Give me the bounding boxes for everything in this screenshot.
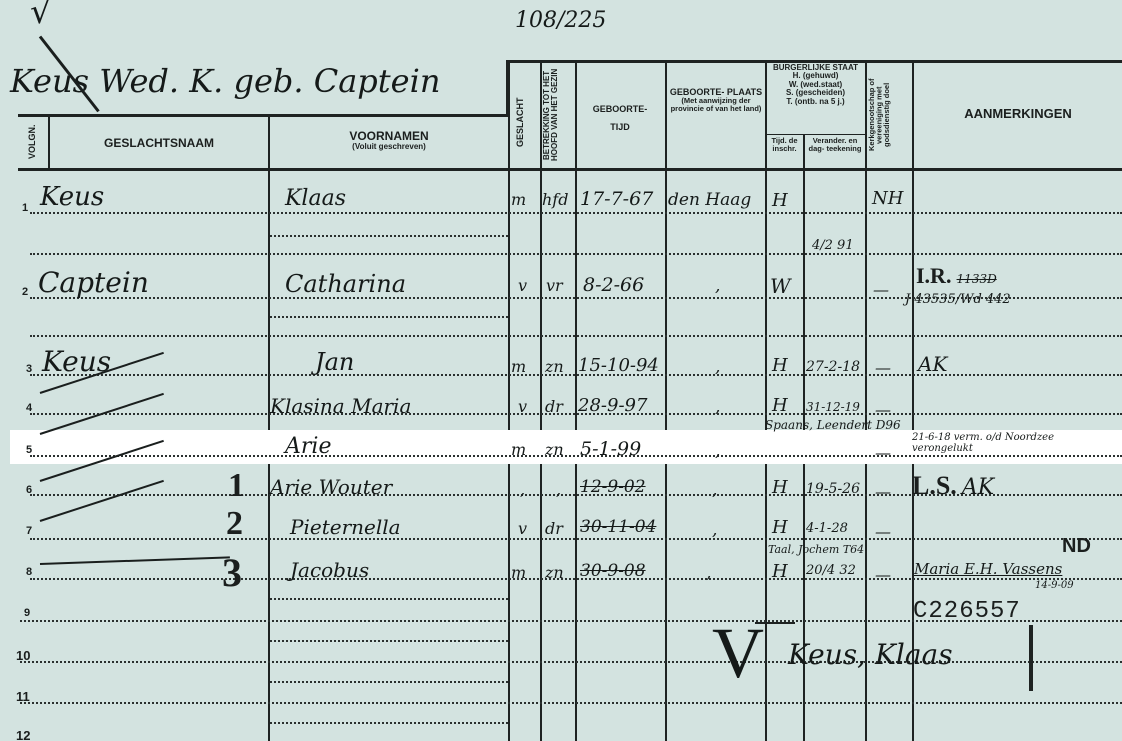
birthplace-cell: ,	[715, 397, 720, 417]
birthplace-cell: ,	[712, 480, 717, 500]
sex-cell: ,	[520, 480, 525, 499]
birthdate-cell: 15-10-94	[578, 355, 659, 376]
relation-cell: dr	[545, 397, 563, 416]
row-line	[270, 235, 508, 237]
row-line	[270, 316, 508, 318]
remarks-stamp: L.S.	[912, 471, 957, 500]
birthplace-cell: ,	[706, 563, 711, 583]
relation-cell: zn	[545, 357, 564, 376]
col-divider	[540, 60, 542, 741]
row-line	[30, 413, 1122, 415]
row-line	[30, 374, 1122, 376]
row-number: 8	[26, 566, 32, 578]
spouse-note: Taal, Jochem T64	[768, 543, 864, 556]
col-divider	[765, 60, 767, 741]
row-line	[30, 335, 1122, 337]
firstname-cell: Arie Wouter	[270, 475, 392, 499]
religion-cell: —	[875, 482, 891, 501]
relation-cell: zn	[545, 440, 564, 459]
header-aanmerkingen: AANMERKINGEN	[914, 107, 1122, 121]
religion-cell: —	[875, 522, 891, 541]
header-geboortetijd: GEBOORTE- TIJD	[585, 100, 655, 136]
remarks-cell: Maria E.H. Vassens	[914, 560, 1062, 578]
header-left-step	[18, 114, 508, 117]
civil-status-cell: H	[772, 395, 788, 416]
header-geslachtsnaam: GESLACHTSNAAM	[50, 137, 268, 150]
index-mark: 3	[222, 552, 242, 594]
firstname-cell: Arie	[285, 434, 331, 459]
status-change-cell: 19-5-26	[806, 481, 860, 497]
row-number: 12	[16, 728, 30, 741]
birthdate-cell: 28-9-97	[578, 395, 647, 416]
remarks-cell: 21-6-18 verm. o/d Noordzee verongelukt	[912, 432, 1112, 454]
row-line	[270, 598, 508, 600]
religion-cell: —	[875, 565, 891, 584]
status-change-cell: 4/2 91	[812, 238, 854, 253]
col-divider	[665, 60, 667, 741]
row-line	[30, 538, 1122, 540]
relation-cell: vr	[546, 276, 563, 295]
remarks-line2: J 43535/Wd 442	[905, 292, 1011, 307]
birthplace-cell: den Haag	[668, 190, 751, 210]
check-mark-footer: V	[712, 612, 764, 695]
birthdate-cell: 30-9-08	[580, 561, 646, 581]
row-number: 6	[26, 484, 32, 496]
nd-stamp: ND	[1062, 536, 1091, 557]
civil-status-cell: H	[772, 517, 788, 538]
header-betrekking: BETREKKING TOT HET HOOFD VAN HET GEZIN	[543, 66, 573, 164]
row-number: 7	[26, 525, 32, 537]
status-change-cell: 27-2-18	[806, 359, 860, 375]
surname-cell: Captein	[38, 266, 149, 299]
remarks-struck: 1133D	[957, 272, 997, 286]
header-verandering: Verander. en dag- teekening	[805, 137, 865, 153]
header-bs-legend-3: T. (ontb. na 5 j.)	[766, 98, 865, 106]
remarks-extra: AK	[962, 475, 994, 500]
sex-cell: v	[518, 397, 527, 416]
surname-cell: Keus	[40, 182, 104, 212]
firstname-cell: Pieternella	[290, 515, 401, 539]
relation-cell: ,	[556, 480, 561, 499]
row-number: 2	[22, 286, 28, 298]
header-burgerlijke-staat: BURGERLIJKE STAAT H. (gehuwd) W. (wed.st…	[766, 64, 865, 106]
ditto-strike	[40, 556, 230, 565]
header-voornamen: VOORNAMEN (Voluit geschreven)	[270, 130, 508, 151]
religion-cell: —	[875, 358, 891, 377]
remarks-cell: AK	[918, 352, 947, 376]
religion-cell: —	[875, 443, 891, 462]
row-line	[30, 212, 1122, 214]
header-geboorteplaats: GEBOORTE- PLAATS (Met aanwijzing der pro…	[667, 88, 765, 113]
header-bottom-border	[18, 168, 1122, 171]
firstname-cell: Klasina Maria	[270, 394, 411, 418]
check-mark-top: √	[30, 0, 52, 32]
relation-cell: zn	[545, 563, 564, 582]
birthdate-cell: 17-7-67	[580, 188, 653, 210]
remarks-cell: L.S. AK	[912, 472, 994, 500]
remarks-stamp: I.R.	[916, 263, 951, 288]
status-change-cell: 4-1-28	[806, 521, 848, 536]
status-change-cell: 31-12-19	[806, 400, 860, 414]
row-line	[20, 702, 1122, 704]
birthplace-cell: ,	[712, 520, 717, 540]
birthdate-cell: 30-11-04	[580, 517, 656, 537]
ditto-strike	[40, 480, 164, 522]
header-tijd-inschr: Tijd. de inschr.	[766, 137, 803, 153]
civil-status-cell: W	[770, 274, 791, 298]
row-number: 11	[16, 689, 30, 704]
civil-status-cell: H	[772, 561, 788, 582]
remarks-cell: I.R. 1133D	[916, 264, 997, 287]
birthplace-cell: ,	[715, 441, 720, 461]
row-number: 1	[22, 202, 28, 214]
civil-status-cell: H	[772, 355, 788, 376]
header-kerkgenootschap: Kerkgenootschap of vereeniging met godsd…	[868, 66, 910, 164]
spouse-note: Spaans, Leendert D96	[765, 418, 901, 432]
civil-status-cell: H	[772, 190, 788, 211]
header-voornamen-title: VOORNAMEN	[270, 130, 508, 143]
birthdate-cell: 12-9-02	[580, 477, 646, 497]
row-line	[270, 722, 508, 724]
row-line	[20, 661, 1122, 663]
footer-bracket	[1029, 625, 1033, 691]
row-line	[270, 681, 508, 683]
header-geboorteplaats-sub: (Met aanwijzing der provincie of van het…	[667, 97, 765, 113]
sex-cell: m	[511, 190, 526, 209]
religion-cell: —	[875, 400, 891, 419]
birthplace-cell: ,	[715, 276, 720, 296]
row-number: 10	[16, 648, 30, 663]
birthplace-cell: ,	[715, 357, 720, 377]
footer-name: Keus, Klaas	[788, 638, 953, 671]
header-volgn: VOLGN.	[28, 120, 37, 164]
row-line	[270, 640, 508, 642]
sex-cell: m	[511, 440, 526, 459]
row-line	[30, 253, 1122, 255]
row-number: 4	[26, 402, 32, 414]
row-number: 9	[24, 607, 30, 619]
firstname-cell: Jacobus	[290, 558, 369, 582]
card-number: C226557	[913, 598, 1021, 625]
relation-cell: dr	[545, 519, 563, 538]
birthdate-cell: 5-1-99	[580, 438, 641, 460]
subheader-divider	[766, 134, 865, 135]
sex-cell: v	[518, 276, 527, 295]
religion-cell: —	[873, 280, 889, 299]
status-change-cell: 20/4 32	[806, 563, 856, 578]
birthdate-cell: 8-2-66	[583, 274, 644, 296]
col-divider	[268, 114, 270, 741]
civil-status-cell: H	[772, 477, 788, 498]
firstname-cell: Catharina	[285, 270, 406, 298]
firstname-cell: Jan	[315, 348, 354, 376]
header-voornamen-sub: (Voluit geschreven)	[270, 143, 508, 151]
col-divider	[575, 60, 577, 741]
header-geslacht: GESLACHT	[516, 82, 525, 162]
index-mark: 1	[228, 468, 245, 504]
remarks-date: 14-9-09	[1035, 580, 1074, 591]
col-divider	[508, 60, 510, 741]
firstname-cell: Klaas	[285, 186, 346, 211]
check-mark-bar	[755, 622, 795, 624]
sex-cell: m	[511, 357, 526, 376]
religion-cell: NH	[872, 188, 903, 209]
sex-cell: m	[511, 563, 526, 582]
relation-cell: hfd	[542, 190, 568, 209]
row-line	[30, 578, 1122, 580]
sex-cell: v	[518, 519, 527, 538]
row-number: 3	[26, 363, 32, 375]
index-mark: 2	[226, 506, 243, 542]
row-line	[30, 455, 1122, 457]
page-reference: 108/225	[515, 8, 606, 33]
row-number: 5	[26, 444, 32, 456]
